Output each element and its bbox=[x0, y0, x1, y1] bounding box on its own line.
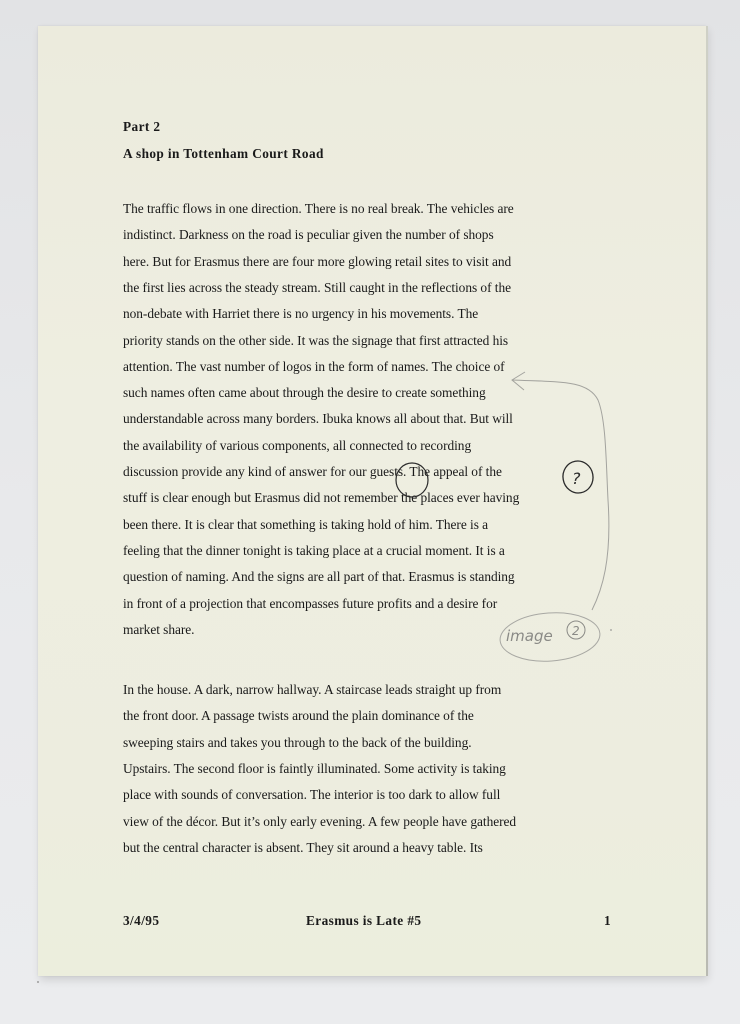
text-line: The traffic flows in one direction. Ther… bbox=[123, 201, 514, 217]
dust-speck bbox=[37, 981, 39, 983]
footer-date: 3/4/95 bbox=[123, 913, 159, 929]
text-line: question of naming. And the signs are al… bbox=[123, 569, 515, 585]
text-line: been there. It is clear that something i… bbox=[123, 517, 488, 533]
footer-page-number: 1 bbox=[604, 913, 611, 929]
part-label: Part 2 bbox=[123, 119, 160, 135]
text-line: view of the décor. But it’s only early e… bbox=[123, 814, 516, 830]
text-line: stuff is clear enough but Erasmus did no… bbox=[123, 490, 519, 506]
text-line: sweeping stairs and takes you through to… bbox=[123, 735, 472, 751]
text-line: non-debate with Harriet there is no urge… bbox=[123, 306, 478, 322]
text-line: In the house. A dark, narrow hallway. A … bbox=[123, 682, 501, 698]
text-line: but the central character is absent. The… bbox=[123, 840, 483, 856]
text-line: Upstairs. The second floor is faintly il… bbox=[123, 761, 506, 777]
text-line: in front of a projection that encompasse… bbox=[123, 596, 497, 612]
section-title: A shop in Tottenham Court Road bbox=[123, 146, 324, 162]
text-line: here. But for Erasmus there are four mor… bbox=[123, 254, 511, 270]
text-line: discussion provide any kind of answer fo… bbox=[123, 464, 502, 480]
text-line: attention. The vast number of logos in t… bbox=[123, 359, 505, 375]
text-line: the first lies across the steady stream.… bbox=[123, 280, 511, 296]
footer-title: Erasmus is Late #5 bbox=[306, 913, 421, 929]
text-line: such names often came about through the … bbox=[123, 385, 486, 401]
text-line: indistinct. Darkness on the road is pecu… bbox=[123, 227, 494, 243]
text-line: place with sounds of conversation. The i… bbox=[123, 787, 500, 803]
text-line: understandable across many borders. Ibuk… bbox=[123, 411, 513, 427]
text-line: feeling that the dinner tonight is takin… bbox=[123, 543, 505, 559]
text-line: market share. bbox=[123, 622, 194, 638]
text-line: the availability of various components, … bbox=[123, 438, 471, 454]
paper-edge-shadow bbox=[706, 26, 708, 976]
text-line: the front door. A passage twists around … bbox=[123, 708, 474, 724]
text-line: priority stands on the other side. It wa… bbox=[123, 333, 508, 349]
